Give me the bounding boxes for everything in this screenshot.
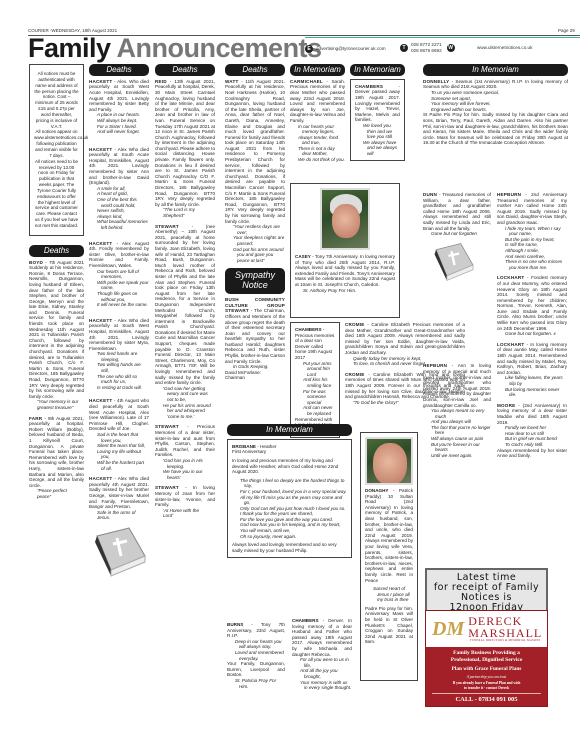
green-rule (305, 37, 580, 38)
website-link[interactable]: www.ulsternetnotices.co.uk (477, 45, 532, 51)
entry-watt: WATT - 11th August 2021. Peacefully at h… (225, 79, 285, 264)
entry-stewart-2: STEWART - Precious Memories of a dear si… (155, 424, 215, 480)
memoriam-col-a: In Memoriam CARMICHAEL - Sarah. Precious… (290, 64, 345, 168)
notice-box: All notices must be authenticated with n… (29, 64, 84, 236)
donaghy-photo (365, 437, 413, 485)
phone-icon: T (400, 44, 408, 52)
memoriam-col-b: In Memoriam CHAMBERS - Denver passed awa… (350, 64, 405, 166)
deaths-banner: Deaths (89, 64, 149, 76)
ad-header: DM DERECKMARSHALLFUNERAL DIRECTORS & MEM… (426, 611, 547, 647)
in-memoriam-banner: In Memoriam (350, 64, 405, 76)
entry-donnelly: DONNELLY - Seamus (1st Anniversary) R.I.… (423, 79, 568, 146)
entry-stewart-3: STEWART - In loving Memory of Joan from … (155, 485, 215, 519)
entry-reid: REID - 13th August 2021, Peacefully at h… (155, 79, 215, 219)
deaths-banner: Deaths (225, 64, 285, 76)
entry-moore: MOORE - (2nd Anniversary) In loving memo… (497, 403, 567, 459)
entry-hackett-2: HACKETT - Alex Who died peacefully at So… (89, 147, 149, 231)
entry-hepburn-1: HEPBURN - 2nd Anniversary Treasured memo… (497, 192, 567, 270)
column-1: All notices must be authenticated with n… (29, 64, 84, 504)
entry-brisbane: BRISBANE - Heather First Anniversary In … (227, 439, 352, 559)
in-memoriam-banner: In Memoriam (423, 64, 568, 76)
phone-contact[interactable]: T028 8772 2271028 8676 6692W (400, 42, 455, 53)
entry-hackett-6: HACKETT - Alex Who died peacefully 4th A… (89, 476, 149, 521)
memoriam-brisbane-section: In Memoriam BRISBANE - Heather First Ann… (227, 424, 352, 558)
entry-chambers-2: CHAMBERS - Precious memories of a dear s… (290, 322, 340, 438)
entry-hackett-4: HACKETT - Alex Who died peacefully at So… (89, 318, 149, 391)
entry-casey: CASEY - Tony 7th Anniversary. In loving … (290, 183, 400, 318)
column-4: Deaths WATT - 11th August 2021. Peaceful… (225, 64, 285, 386)
deaths-banner: Deaths (29, 245, 84, 257)
dm-logo-icon: DM (432, 617, 464, 641)
entry-dunn: DUNN - Treasured memories of William, a … (423, 192, 491, 237)
bible-icon (89, 526, 149, 578)
email-contact[interactable]: Eadvertising@tyronecourier.uk.com (305, 45, 386, 53)
entry-hepburn-2: HEPBURN - Ann In loving memory of a spec… (423, 363, 491, 458)
dereck-marshall-ad[interactable]: DM DERECKMARSHALLFUNERAL DIRECTORS & MEM… (425, 610, 548, 707)
entry-hackett-3: HACKETT - Alex August 4th. Fondly rememb… (89, 241, 149, 308)
entry-bush: BUSH COMMUNITY CULTURE GROUP STEWART - T… (225, 297, 285, 381)
entry-lockhart-1: LOCKHART - Fondest memory of our dear Mu… (497, 275, 567, 337)
entry-hackett-1: HACKETT - Alex. Who died peacefully at S… (89, 79, 149, 135)
entry-boyd: BOYD - 7th August 2021 Suddenly at his r… (29, 260, 84, 411)
entry-stewart-1: STEWART - (nee Abernethy) – 10th August … (155, 224, 215, 420)
email-icon: E (305, 45, 313, 53)
ad-phone[interactable]: CALL - 07834 091 005 (426, 696, 547, 704)
right-subcol-a: DUNN - Treasured memories of William, a … (423, 192, 491, 463)
right-subcol-b: HEPBURN - 2nd Anniversary Treasured memo… (497, 192, 567, 464)
entry-chambers-3: CHAMBERS - Denver. In loving memory of a… (292, 618, 352, 691)
page-number: Page 29 (558, 28, 575, 33)
sympathy-banner: SympathyNotice (225, 268, 285, 294)
entry-carmichael: CARMICHAEL - Sarah. Precious memories of… (290, 79, 345, 163)
column-2: Deaths HACKETT - Alex. Who died peaceful… (89, 64, 149, 580)
entry-farr: FARR - 9th August 2021, peacefully at ho… (29, 416, 84, 500)
entry-donaghy: DONAGHY - Patrick (Paddy) 10 Sultan Road… (360, 432, 418, 681)
right-column: In Memoriam DONNELLY - Seamus (1st Anniv… (423, 64, 568, 151)
deaths-banner: Deaths (155, 64, 215, 76)
in-memoriam-banner: In Memoriam (290, 64, 345, 76)
entry-hackett-5: HACKETT - 4th August who died peacefully… (89, 398, 149, 471)
in-memoriam-banner: In Memoriam (227, 424, 352, 436)
web-icon: W (447, 44, 455, 52)
column-3: Deaths REID - 13th August 2021, Peaceful… (155, 64, 215, 524)
entry-burns: BURNS - Tony 7th Anniversary, 23rd Augus… (227, 622, 285, 689)
page-title: Family Announcements (28, 35, 322, 62)
entry-chambers-1: CHAMBERS - Denver passed away 19th Augus… (350, 79, 405, 162)
casey-photo (320, 188, 370, 250)
bible-icon (423, 242, 483, 282)
entry-lockhart-2: LOCKHART - In loving memory of dear aunt… (497, 342, 567, 398)
